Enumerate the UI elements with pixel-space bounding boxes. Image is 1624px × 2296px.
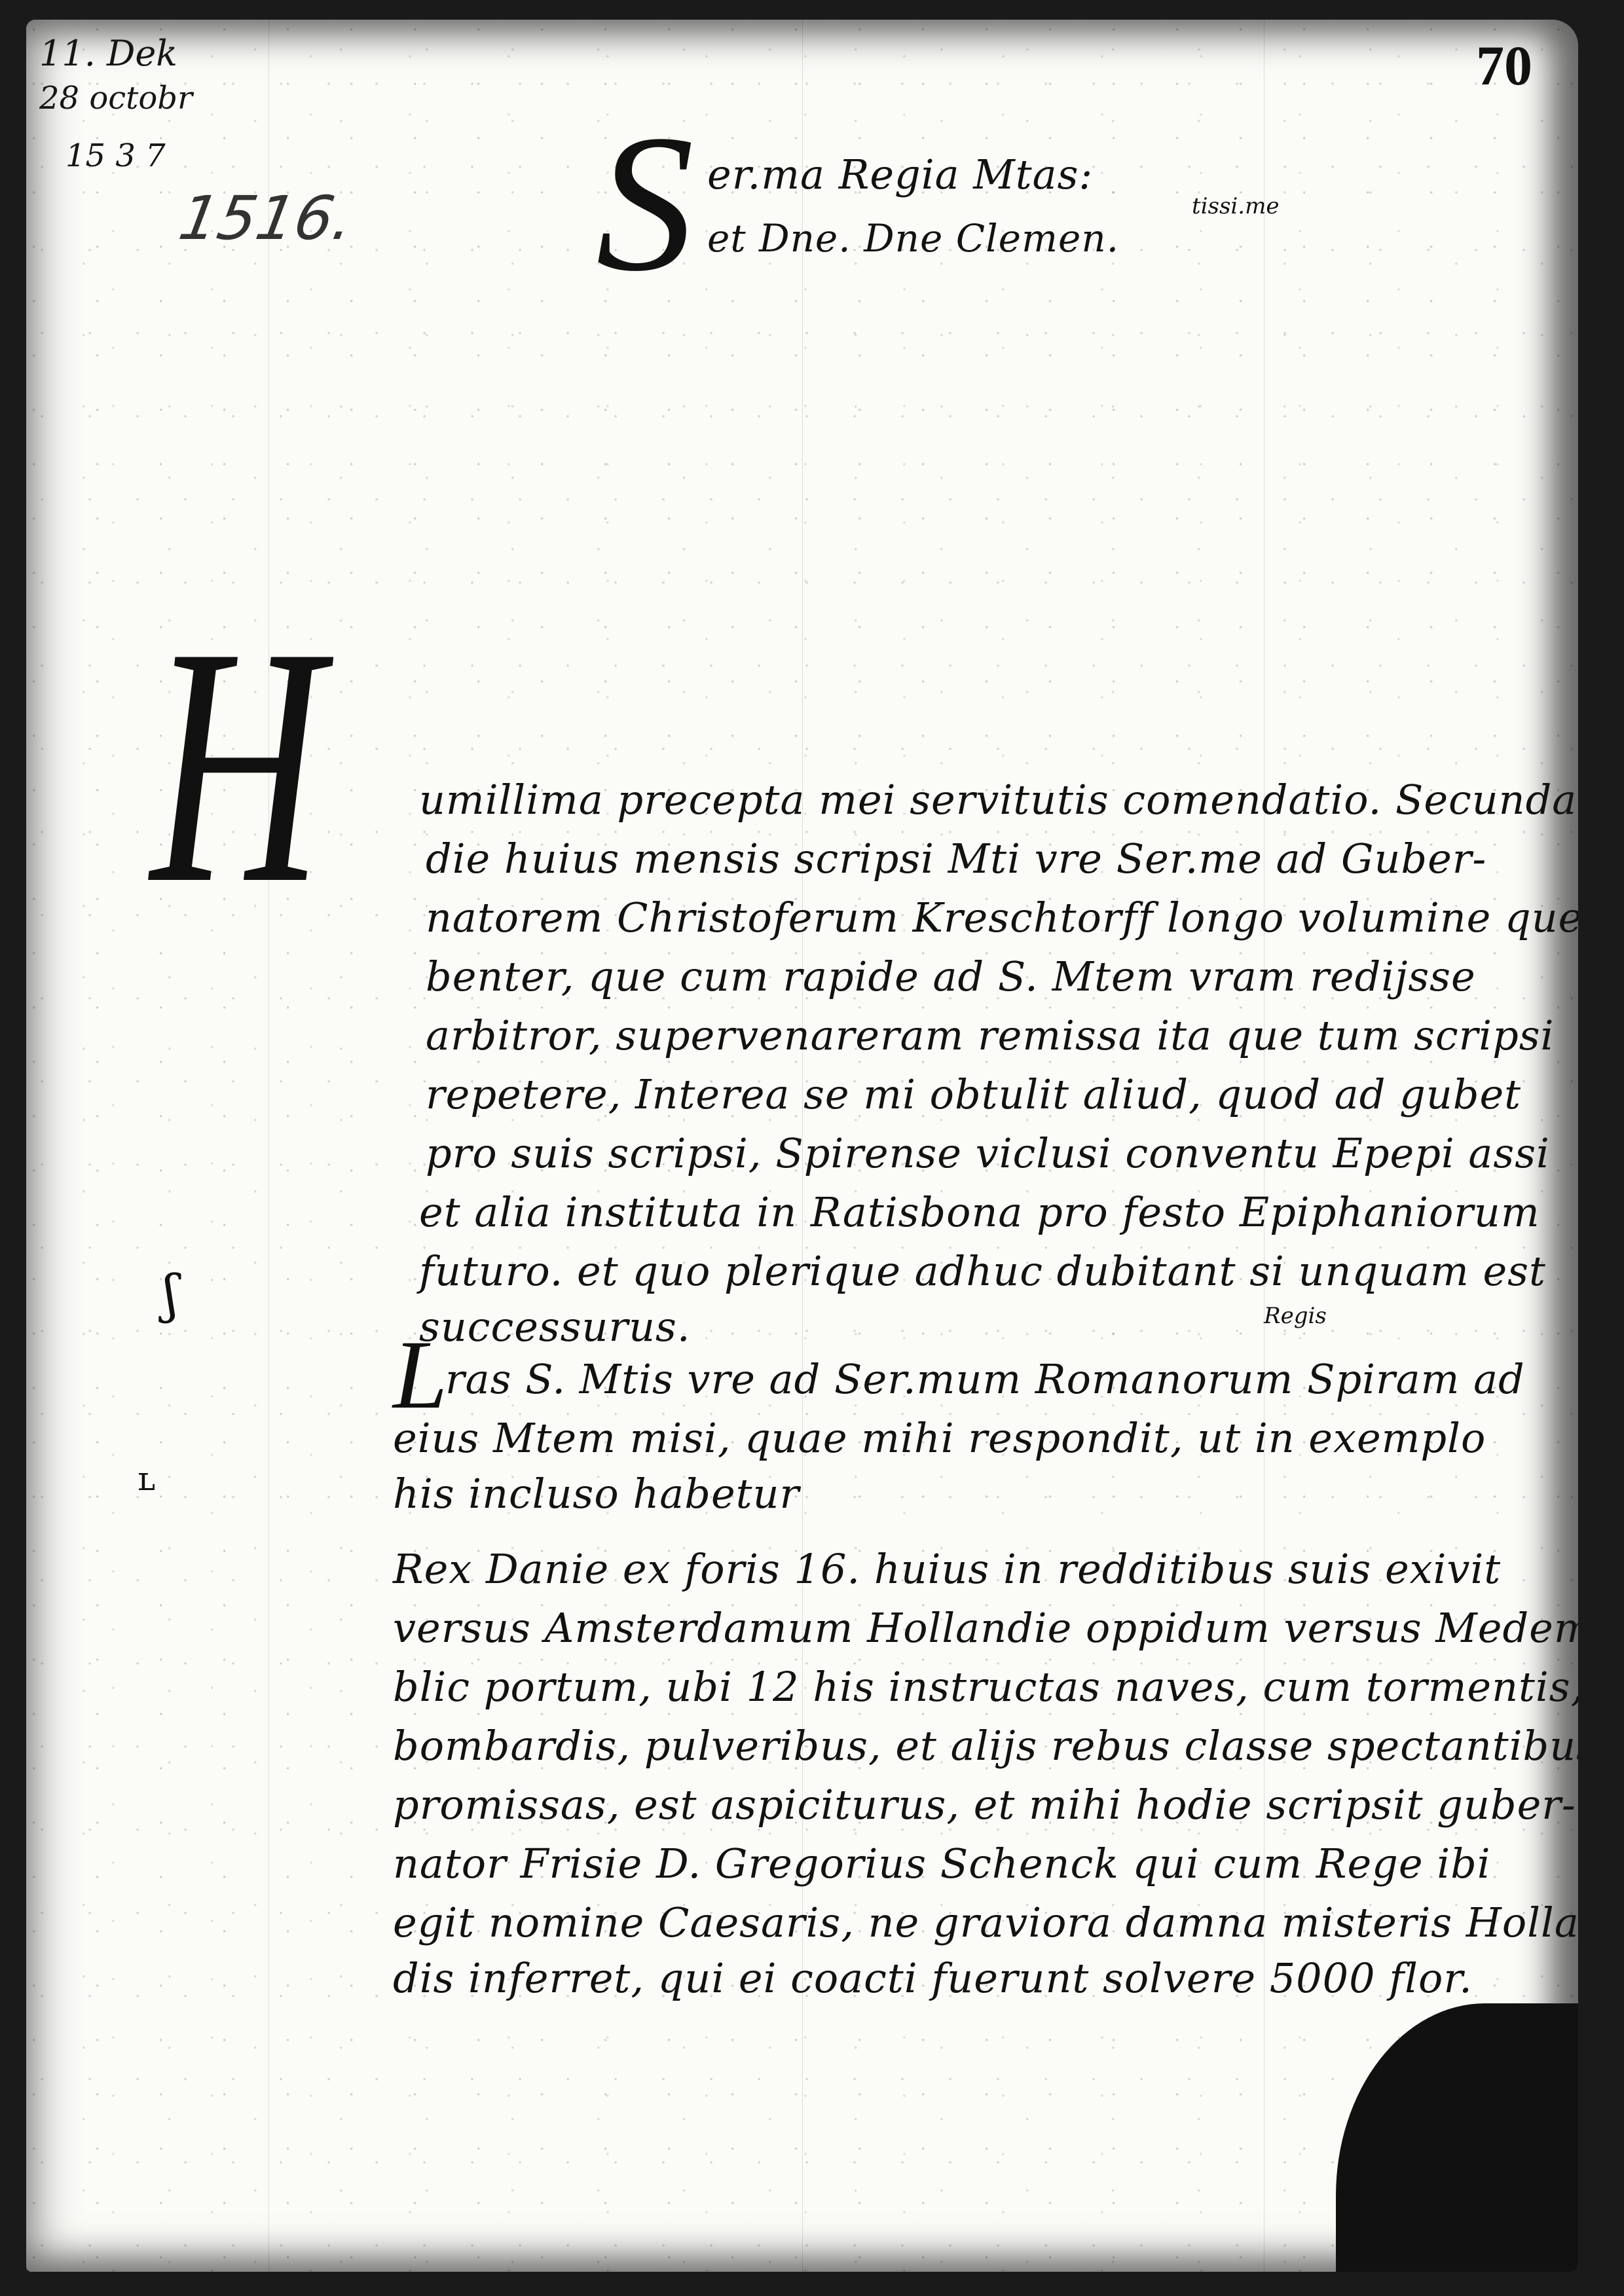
text-line: successurus. bbox=[419, 1303, 691, 1351]
archival-note-date: 28 octobr bbox=[39, 80, 193, 117]
text-line: dis inferret, qui ei coacti fuerunt solv… bbox=[393, 1954, 1473, 2002]
text-line: promissas, est aspiciturus, et mihi hodi… bbox=[393, 1781, 1576, 1829]
text-line: egit nomine Caesaris, ne graviora damna … bbox=[393, 1899, 1578, 1946]
address-line-2: et Dne. Dne Clemen. bbox=[707, 216, 1119, 261]
margin-flourish-mark: ʃ bbox=[164, 1264, 178, 1324]
text-line: eius Mtem misi, quae mihi respondit, ut … bbox=[393, 1414, 1486, 1462]
margin-l-mark: ʟ bbox=[138, 1460, 155, 1498]
pencil-year-note: 1516. bbox=[174, 183, 359, 253]
text-line: natorem Christoferum Kreschtorff longo v… bbox=[426, 894, 1578, 941]
text-line: nator Frisie D. Gregorius Schenck qui cu… bbox=[393, 1840, 1491, 1887]
text-line: futuro. et quo plerique adhuc dubitant s… bbox=[419, 1247, 1546, 1295]
text-line: umillima precepta mei servitutis comenda… bbox=[419, 776, 1577, 824]
paragraph-2-superscript: Regis bbox=[1264, 1303, 1327, 1329]
archival-note-number: 11. Dek bbox=[39, 33, 177, 74]
text-line: die huius mensis scripsi Mti vre Ser.me … bbox=[426, 835, 1486, 883]
folio-number: 70 bbox=[1476, 33, 1532, 98]
text-line: benter, que cum rapide ad S. Mtem vram r… bbox=[426, 953, 1476, 1000]
text-line: blic portum, ubi 12 his instructas naves… bbox=[393, 1663, 1578, 1711]
address-initial: S bbox=[596, 105, 694, 301]
text-line: his incluso habetur bbox=[393, 1470, 800, 1518]
paragraph-1-initial: H bbox=[151, 596, 323, 936]
manuscript-page: 11. Dek 28 octobr 15 3 7 1516. 70 S er.m… bbox=[26, 20, 1578, 2272]
address-superscript: tissi.me bbox=[1192, 193, 1279, 219]
text-line: pro suis scripsi, Spirense viclusi conve… bbox=[426, 1129, 1550, 1177]
paragraph-2-initial: L bbox=[393, 1326, 447, 1424]
text-line: arbitror, supervenareram remissa ita que… bbox=[426, 1011, 1554, 1059]
fold-line bbox=[268, 20, 269, 2272]
text-line: versus Amsterdamum Hollandie oppidum ver… bbox=[393, 1604, 1578, 1652]
text-line: et alia instituta in Ratisbona pro festo… bbox=[419, 1188, 1540, 1236]
address-line-1: er.ma Regia Mtas: bbox=[707, 151, 1093, 198]
scan-shadow bbox=[1336, 2003, 1578, 2272]
text-line: repetere, Interea se mi obtulit aliud, q… bbox=[426, 1070, 1521, 1118]
text-line: bombardis, pulveribus, et alijs rebus cl… bbox=[393, 1722, 1578, 1770]
text-line: ras S. Mtis vre ad Ser.mum Romanorum Spi… bbox=[445, 1355, 1525, 1403]
archival-note-year: 15 3 7 bbox=[65, 137, 166, 174]
text-line: Rex Danie ex foris 16. huius in redditib… bbox=[393, 1545, 1501, 1593]
